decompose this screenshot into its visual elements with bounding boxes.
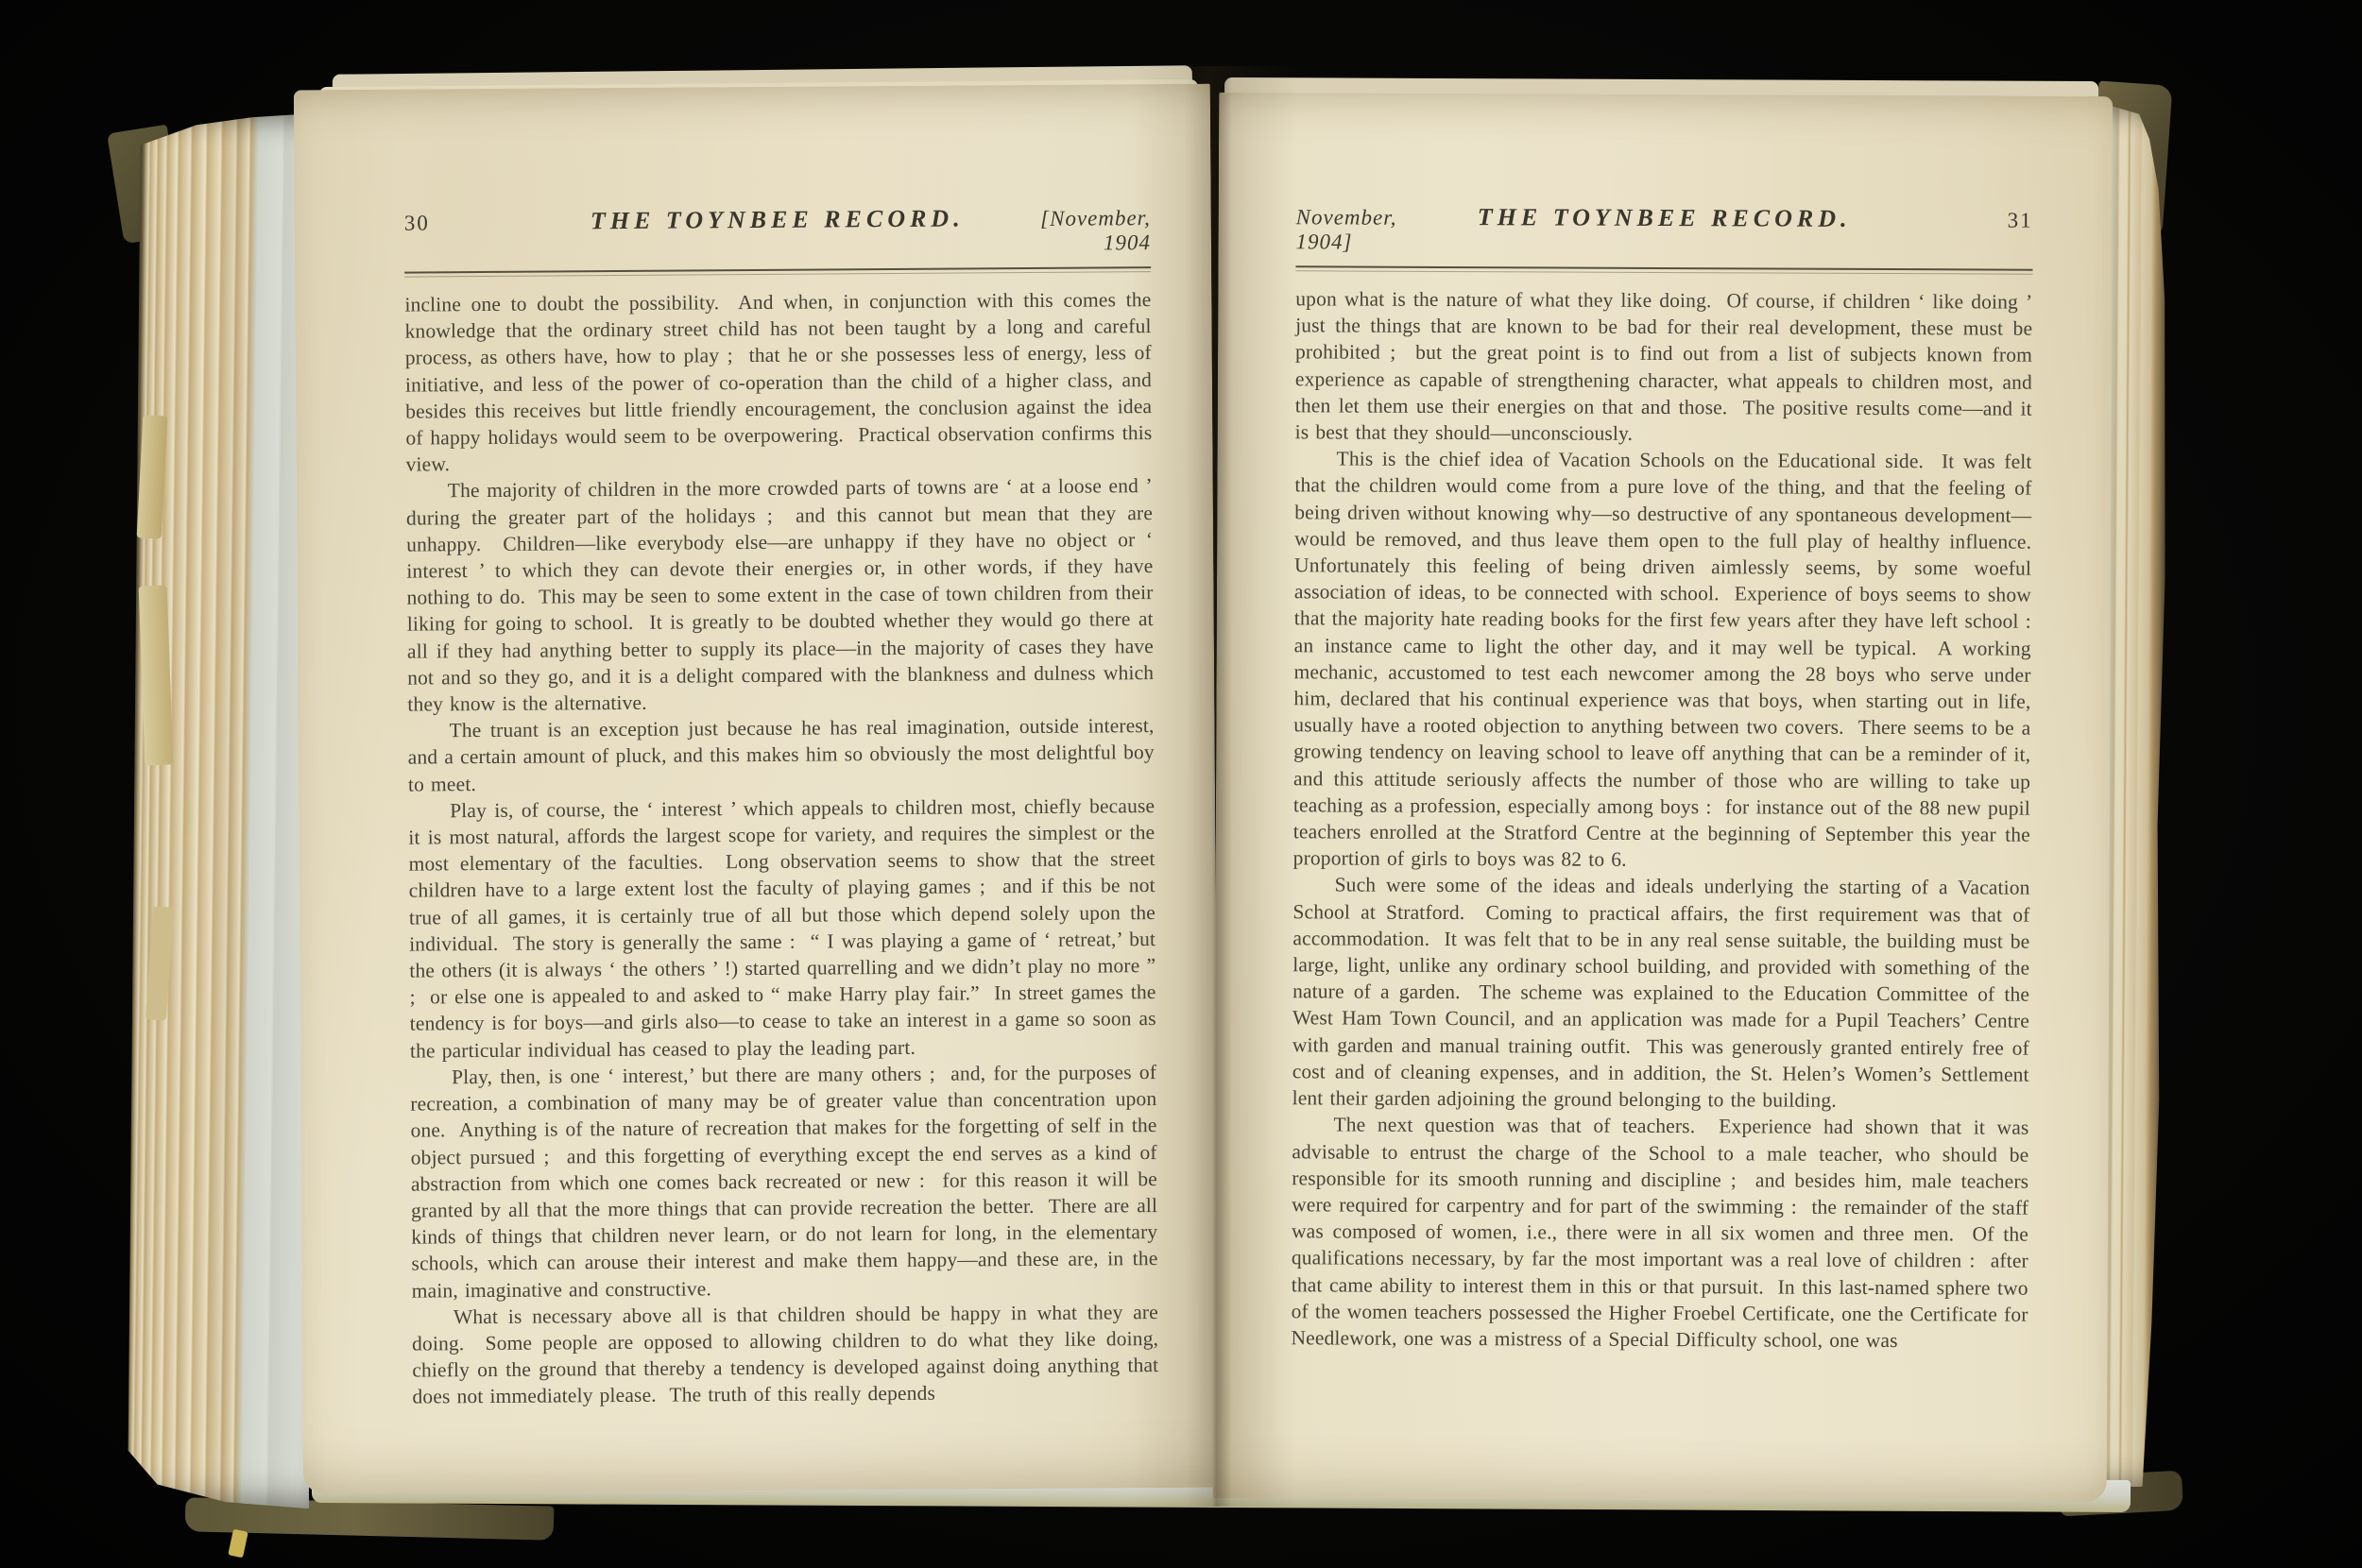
header-rule <box>1295 265 2032 274</box>
left-page-text: incline one to doubt the possibility. An… <box>404 286 1158 1410</box>
paragraph: What is necessary above all is that chil… <box>412 1299 1159 1410</box>
paragraph: The majority of children in the more cro… <box>406 472 1155 717</box>
paragraph: The next question was that of teachers. … <box>1291 1112 2028 1355</box>
right-page: November, 1904] THE TOYNBEE RECORD. 31 u… <box>1213 93 2113 1502</box>
paragraph: upon what is the nature of what they lik… <box>1295 285 2033 449</box>
page-number-31: 31 <box>1871 208 2033 233</box>
right-page-text: upon what is the nature of what they lik… <box>1291 285 2032 1355</box>
journal-title: THE TOYNBEE RECORD. <box>1459 203 1871 233</box>
issue-date: November, 1904] <box>1296 205 1459 255</box>
bookmark-tassel <box>228 1529 248 1559</box>
paragraph: Play, then, is one ‘ interest,’ but ther… <box>410 1059 1158 1304</box>
paragraph: incline one to doubt the possibility. An… <box>404 286 1152 478</box>
journal-title: THE TOYNBEE RECORD. <box>567 204 988 235</box>
left-page: 30 THE TOYNBEE RECORD. [November, 1904 i… <box>294 84 1220 1494</box>
paragraph: Play is, of course, the ‘ interest ’ whi… <box>408 793 1156 1065</box>
left-page-header: 30 THE TOYNBEE RECORD. [November, 1904 <box>404 203 1151 261</box>
right-page-header: November, 1904] THE TOYNBEE RECORD. 31 <box>1296 202 2033 257</box>
paragraph: Such were some of the ideas and ideals u… <box>1292 872 2030 1115</box>
book-photo: 30 THE TOYNBEE RECORD. [November, 1904 i… <box>0 0 2362 1568</box>
paragraph: The truant is an exception just because … <box>407 712 1155 797</box>
paragraph: This is the chief idea of Vacation Schoo… <box>1293 446 2032 876</box>
issue-date: [November, 1904 <box>988 206 1151 256</box>
header-rule <box>404 266 1151 278</box>
page-number-30: 30 <box>404 210 567 235</box>
